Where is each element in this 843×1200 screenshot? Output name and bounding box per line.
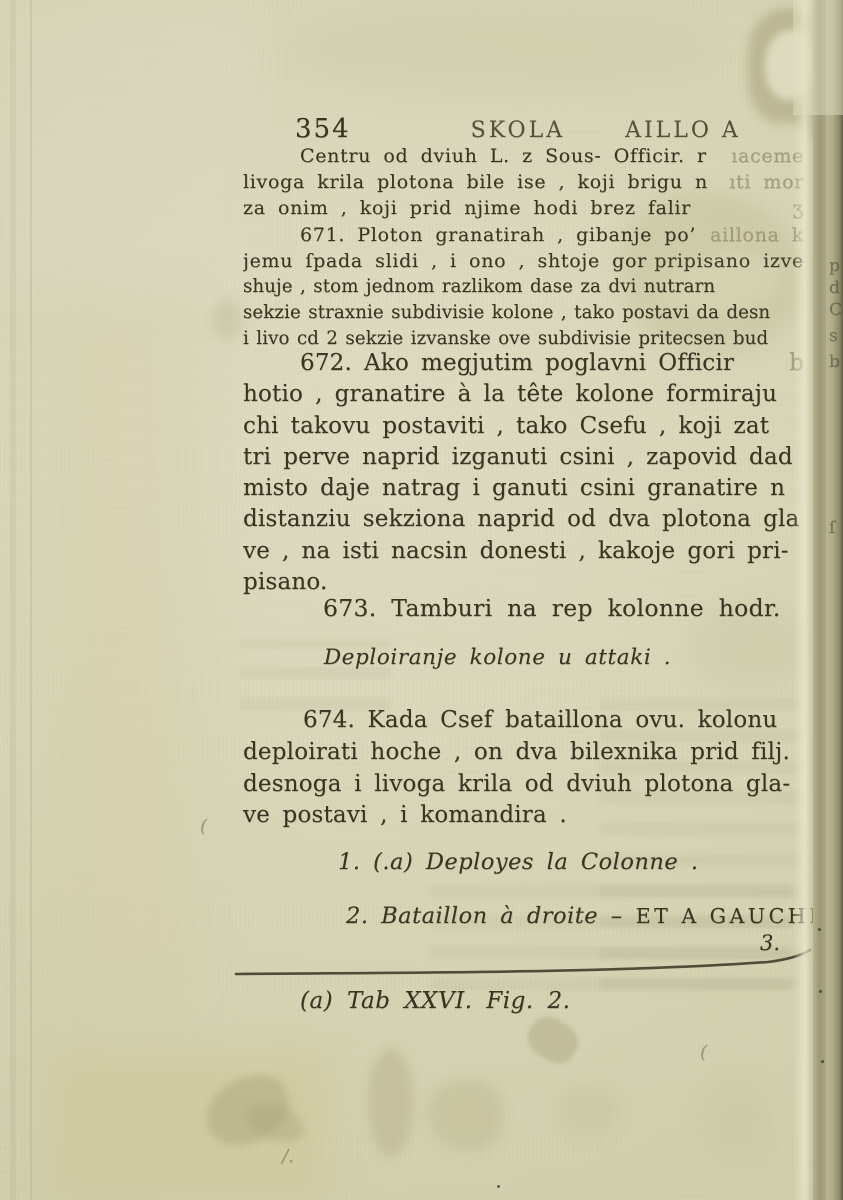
command-line-2: 2. Bataillon à droite – ET A GAUCHE. <box>346 903 838 929</box>
line-text: 672. Ako megjutim poglavni Officir <box>300 348 734 379</box>
text-line: distanziu sekziona naprid od dva plotona… <box>243 504 808 535</box>
line-text: livoga krila plotona bile ise , koji bri… <box>243 169 708 195</box>
text-line: 671. Ploton granatirah , gibanje po’ ail… <box>243 222 808 248</box>
text-line: tri perve naprid izganuti csini , zapovi… <box>243 442 808 473</box>
stain <box>700 1080 770 1160</box>
paragraph-672: 672. Ako megjutim poglavni Officir b hot… <box>243 348 808 598</box>
ink-speck <box>497 1185 500 1188</box>
stain <box>0 0 260 300</box>
page-edge-highlight <box>793 0 813 1200</box>
command-line-1: 1. (.a) Deployes la Colonne . <box>338 849 699 875</box>
ink-speck <box>819 990 822 993</box>
adjacent-page-letter: C <box>829 300 842 320</box>
line-text: Centru od dviuh L. z Sous- Officir. r <box>300 143 707 169</box>
running-title-left: SKOLA <box>471 118 565 143</box>
paragraph-673: 673. Tamburi na rep kolonne hodr. <box>243 594 843 622</box>
paper-fold-line <box>10 0 16 1200</box>
text-line: shuje , stom jednom razlikom dase za dvi… <box>243 274 808 300</box>
text-line: misto daje natrag i ganuti csini granati… <box>243 473 808 504</box>
stray-mark: ( <box>700 1042 707 1063</box>
adjacent-page-sliver: p d C s b ſ <box>826 0 843 1200</box>
stain <box>368 1048 413 1156</box>
stain <box>50 1050 330 1200</box>
ink-speck <box>818 928 821 931</box>
adjacent-page-letter: b <box>829 352 840 372</box>
line-text: 671. Ploton granatirah , gibanje po’ <box>300 222 696 248</box>
text-line: sekzie straxnie subdivisie kolone , tako… <box>243 300 808 326</box>
text-line: hotio , granatire à la tête kolone formi… <box>243 379 808 410</box>
text-line: ve postavi , i komandira . <box>243 800 808 832</box>
show-through-text <box>430 880 790 990</box>
adjacent-page-letter: s <box>829 326 838 346</box>
text-line: deploirati hoche , on dva bilexnika prid… <box>243 737 808 769</box>
running-header: 354 SKOLA AILLO A <box>243 114 808 144</box>
page-number: 354 <box>295 114 351 144</box>
adjacent-page-letter: ſ <box>829 518 835 538</box>
text-line: za onim , koji prid njime hodi brez fali… <box>243 195 808 221</box>
stain <box>212 300 242 340</box>
running-title-right: AILLO A <box>625 118 741 143</box>
ink-speck <box>821 1060 824 1063</box>
adjacent-page-letter: p <box>829 256 840 276</box>
text-line: livoga krila plotona bile ise , koji bri… <box>243 169 808 195</box>
separator-rule <box>228 946 820 990</box>
text-line: Centru od dviuh L. z Sous- Officir. r ıa… <box>243 143 808 169</box>
stain <box>428 1080 503 1150</box>
stain <box>521 1010 585 1070</box>
paragraph-intro-and-671: Centru od dviuh L. z Sous- Officir. r ıa… <box>243 143 808 353</box>
text-line: chi takovu postaviti , tako Csefu , koji… <box>243 411 808 442</box>
catchword: 3. <box>760 931 780 955</box>
text-line: desnoga i livoga krila od dviuh plotona … <box>243 769 808 801</box>
line-text: pripisano izve <box>654 248 804 274</box>
page-edge-top <box>793 0 843 115</box>
text-line: 674. Kada Csef bataillona ovu. kolonu <box>243 705 808 737</box>
command-line-2-italic: 2. Bataillon à droite – <box>346 903 623 929</box>
stray-mark: ( <box>200 816 207 837</box>
line-text: za onim , koji prid njime hodi brez fali… <box>243 195 691 221</box>
page-edge-shadow <box>813 0 826 1200</box>
stain <box>241 1096 309 1149</box>
footnote: (a) Tab XXVI. Fig. 2. <box>300 988 570 1014</box>
line-text: jemu ſpada slidi , i ono , shtoje gor <box>243 248 647 274</box>
paragraph-674: 674. Kada Csef bataillona ovu. kolonu de… <box>243 705 808 832</box>
section-heading: Deploiranje kolone u attaki . <box>215 645 780 670</box>
stain <box>45 300 195 1000</box>
stain <box>198 1068 297 1153</box>
adjacent-page-letter: d <box>829 278 840 298</box>
stain <box>560 1085 620 1135</box>
book-page-scan: 354 SKOLA AILLO A Centru od dviuh L. z S… <box>0 0 843 1200</box>
text-line: 672. Ako megjutim poglavni Officir b <box>243 348 808 379</box>
stain <box>290 0 710 95</box>
stray-mark: /. <box>282 1146 294 1167</box>
text-line: jemu ſpada slidi , i ono , shtoje gor pr… <box>243 248 808 274</box>
text-line: ve , na isti nacsin donesti , kakoje gor… <box>243 536 808 567</box>
paper-fold-line <box>30 0 32 1200</box>
faded-edge-text: aillona k <box>710 222 804 248</box>
